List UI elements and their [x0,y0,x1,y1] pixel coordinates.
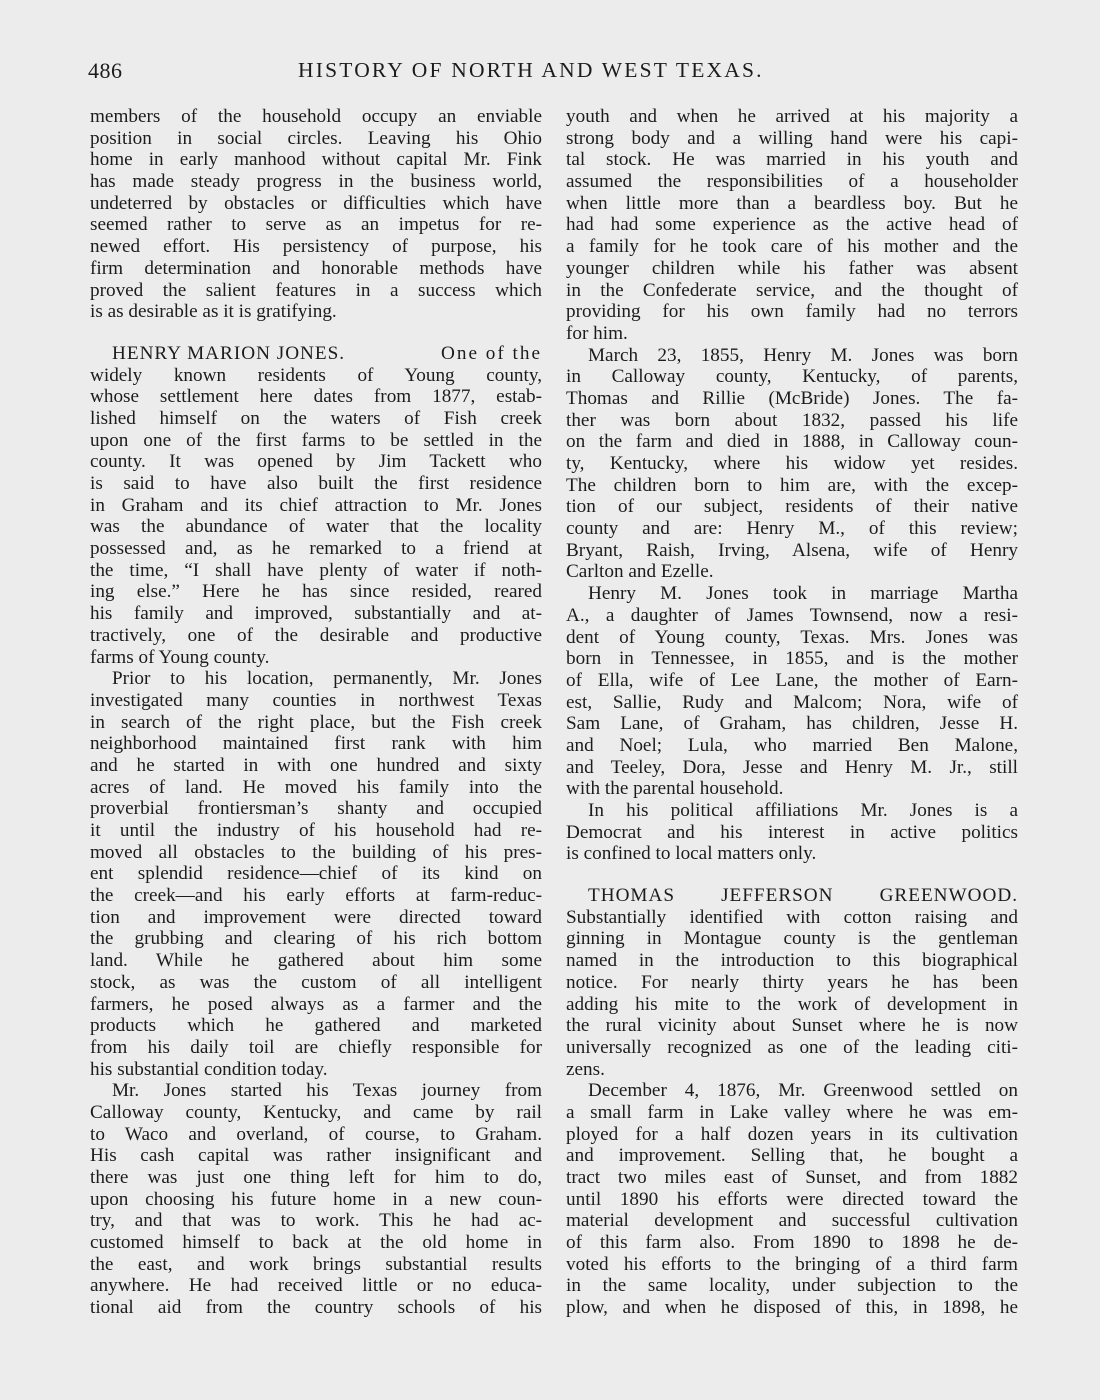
text-line: ginning in Montague county is the gentle… [566,928,1018,950]
text-line: Henry M. Jones took in marriage Martha [566,583,1018,605]
text-line: and Teeley, Dora, Jesse and Henry M. Jr.… [566,757,1018,779]
text-line: born in Tennessee, in 1855, and is the m… [566,648,1018,670]
text-line: tion and improvement were directed towar… [90,907,542,929]
text-line: upon one of the first farms to be settle… [90,430,542,452]
text-line: tract two miles east of Sunset, and from… [566,1167,1018,1189]
paragraph-greenwood-farms: December 4, 1876, Mr. Greenwood settled … [566,1080,1018,1319]
text-line: tion of our subject, residents of their … [566,496,1018,518]
text-line: anywhere. He had received little or no e… [90,1275,542,1297]
page-number: 486 [88,58,123,84]
text-line: The children born to him are, with the e… [566,475,1018,497]
biography-heading: HENRY MARION JONES. [112,343,345,365]
text-line: land. While he gathered about him some [90,950,542,972]
text-line: upon choosing his future home in a new c… [90,1189,542,1211]
text-line: position in social circles. Leaving his … [90,128,542,150]
section-henry-marion-jones: HENRY MARION JONES. One of the widely kn… [90,343,542,668]
text-line: undeterred by obstacles or difficulties … [90,193,542,215]
text-line: is confined to local matters only. [566,843,1018,865]
text-line: proverbial frontiersman’s shanty and occ… [90,798,542,820]
text-line: assumed the responsibilities of a househ… [566,171,1018,193]
text-line: in search of the right place, but the Fi… [90,712,542,734]
text-line: county and are: Henry M., of this review… [566,518,1018,540]
text-line: newed effort. His persistency of purpose… [90,236,542,258]
text-line: county. It was opened by Jim Tackett who [90,451,542,473]
text-line: tional aid from the country schools of h… [90,1297,542,1319]
text-line: has made steady progress in the business… [90,171,542,193]
text-line: firm determination and honorable methods… [90,258,542,280]
text-line: in the Confederate service, and the thou… [566,280,1018,302]
text-line: tractively, one of the desirable and pro… [90,625,542,647]
text-line: farms of Young county. [90,647,542,669]
text-line: tal stock. He was married in his youth a… [566,149,1018,171]
text-line: products which he gathered and marketed [90,1015,542,1037]
text-line: providing for his own family had no terr… [566,301,1018,323]
paragraph-marriage: Henry M. Jones took in marriage Martha A… [566,583,1018,800]
right-column: youth and when he arrived at his majorit… [566,106,1018,1319]
text-line: neighborhood maintained first rank with … [90,733,542,755]
text-line: Carlton and Ezelle. [566,561,1018,583]
text-line: younger children while his father was ab… [566,258,1018,280]
text-line: March 23, 1855, Henry M. Jones was born [566,345,1018,367]
text-line: investigated many counties in northwest … [90,690,542,712]
text-line: proved the salient features in a success… [90,280,542,302]
text-line: the rural vicinity about Sunset where he… [566,1015,1018,1037]
text-line: youth and when he arrived at his majorit… [566,106,1018,128]
text-line: universally recognized as one of the lea… [566,1037,1018,1059]
paragraph-youth: youth and when he arrived at his majorit… [566,106,1018,345]
section-gap [90,323,542,343]
text-line: his substantial condition today. [90,1059,542,1081]
text-line: is as desirable as it is gratifying. [90,301,542,323]
text-line: in Calloway county, Kentucky, of parents… [566,366,1018,388]
page-header: 486 HISTORY OF NORTH AND WEST TEXAS. [88,58,1028,88]
text-line: dent of Young county, Texas. Mrs. Jones … [566,627,1018,649]
text-line: Thomas and Rillie (McBride) Jones. The f… [566,388,1018,410]
text-line: a family for he took care of his mother … [566,236,1018,258]
text-fragment: One of the [441,343,542,365]
text-line: ther was born about 1832, passed his lif… [566,410,1018,432]
text-line: on the farm and died in 1888, in Callowa… [566,431,1018,453]
text-line: had had some experience as the active he… [566,214,1018,236]
text-line: there was just one thing left for him to… [90,1167,542,1189]
text-line: from his daily toil are chiefly responsi… [90,1037,542,1059]
text-line: home in early manhood without capital Mr… [90,149,542,171]
text-line: in the same locality, under subjection t… [566,1275,1018,1297]
text-line: the east, and work brings substantial re… [90,1254,542,1276]
text-line: est, Sallie, Rudy and Malcom; Nora, wife… [566,692,1018,714]
section-thomas-jefferson-greenwood: THOMAS JEFFERSON GREENWOOD. Substantiall… [566,885,1018,1080]
text-line: Mr. Jones started his Texas journey from [90,1080,542,1102]
text-line: ing else.” Here he has since resided, re… [90,581,542,603]
text-line: until 1890 his efforts were directed tow… [566,1189,1018,1211]
text-line: when little more than a beardless boy. B… [566,193,1018,215]
text-line: named in the introduction to this biogra… [566,950,1018,972]
text-line: in Graham and its chief attraction to Mr… [90,495,542,517]
text-line: of this farm also. From 1890 to 1898 he … [566,1232,1018,1254]
text-line: Democrat and his interest in active poli… [566,822,1018,844]
paragraph-prior-location: Prior to his location, permanently, Mr. … [90,668,542,1080]
text-line: A., a daughter of James Townsend, now a … [566,605,1018,627]
text-line: Sam Lane, of Graham, has children, Jesse… [566,713,1018,735]
paragraph-politics: In his political affiliations Mr. Jones … [566,800,1018,865]
text-line: December 4, 1876, Mr. Greenwood settled … [566,1080,1018,1102]
text-line: members of the household occupy an envia… [90,106,542,128]
text-line: try, and that was to work. This he had a… [90,1210,542,1232]
paragraph-birth: March 23, 1855, Henry M. Jones was born … [566,345,1018,584]
text-line: of Ella, wife of Lee Lane, the mother of… [566,670,1018,692]
text-line: possessed and, as he remarked to a frien… [90,538,542,560]
text-line: In his political affiliations Mr. Jones … [566,800,1018,822]
text-line: ty, Kentucky, where his widow yet reside… [566,453,1018,475]
text-line: HENRY MARION JONES. One of the [90,343,542,365]
text-line: seemed rather to serve as an impetus for… [90,214,542,236]
text-line: Bryant, Raish, Irving, Alsena, wife of H… [566,540,1018,562]
text-line: adding his mite to the work of developme… [566,994,1018,1016]
text-line: a small farm in Lake valley where he was… [566,1102,1018,1124]
paragraph-fink-conclusion: members of the household occupy an envia… [90,106,542,323]
text-line: the creek—and his early efforts at farm-… [90,885,542,907]
text-line: the grubbing and clearing of his rich bo… [90,928,542,950]
text-line: voted his efforts to the bringing of a t… [566,1254,1018,1276]
text-line: acres of land. He moved his family into … [90,777,542,799]
text-line: strong body and a willing hand were his … [566,128,1018,150]
text-line: widely known residents of Young county, [90,365,542,387]
section-gap [566,865,1018,885]
text-line: His cash capital was rather insignifican… [90,1145,542,1167]
text-line: Substantially identified with cotton rai… [566,907,1018,929]
text-line: Prior to his location, permanently, Mr. … [90,668,542,690]
text-line: is said to have also built the first res… [90,473,542,495]
text-line: for him. [566,323,1018,345]
text-line: it until the industry of his household h… [90,820,542,842]
biography-heading: THOMAS JEFFERSON GREENWOOD. [566,885,1018,907]
text-line: Calloway county, Kentucky, and came by r… [90,1102,542,1124]
text-line: material development and successful cult… [566,1210,1018,1232]
text-line: the time, “I shall have plenty of water … [90,560,542,582]
text-line: notice. For nearly thirty years he has b… [566,972,1018,994]
text-line: to Waco and overland, of course, to Grah… [90,1124,542,1146]
text-line: zens. [566,1059,1018,1081]
text-line: and improvement. Selling that, he bought… [566,1145,1018,1167]
text-line: with the parental household. [566,778,1018,800]
left-column: members of the household occupy an envia… [90,106,542,1319]
text-line: ent splendid residence—chief of its kind… [90,863,542,885]
text-line: lished himself on the waters of Fish cre… [90,408,542,430]
text-line: ployed for a half dozen years in its cul… [566,1124,1018,1146]
text-line: customed himself to back at the old home… [90,1232,542,1254]
text-line: his family and improved, substantially a… [90,603,542,625]
text-line: whose settlement here dates from 1877, e… [90,386,542,408]
text-line: and Noel; Lula, who married Ben Malone, [566,735,1018,757]
text-line: and he started in with one hundred and s… [90,755,542,777]
text-line: stock, as was the custom of all intellig… [90,972,542,994]
text-line: plow, and when he disposed of this, in 1… [566,1297,1018,1319]
paragraph-texas-journey: Mr. Jones started his Texas journey from… [90,1080,542,1319]
text-line: was the abundance of water that the loca… [90,516,542,538]
text-line: farmers, he posed always as a farmer and… [90,994,542,1016]
text-line: moved all obstacles to the building of h… [90,842,542,864]
running-title: HISTORY OF NORTH AND WEST TEXAS. [298,58,764,83]
